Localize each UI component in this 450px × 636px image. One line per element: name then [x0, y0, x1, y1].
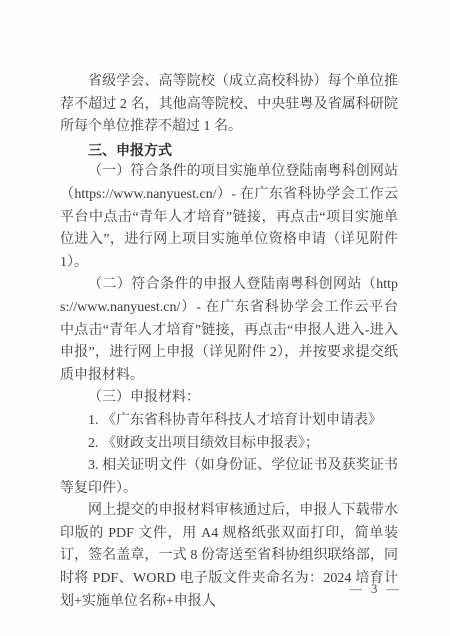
document-page: 省级学会、高等院校（成立高校科协）每个单位推荐不超过 2 名，其他高等院校、中央… [0, 0, 450, 636]
paragraph-item-3-application-materials: （三）申报材料： [60, 387, 398, 410]
paragraph-recommendation-limits: 省级学会、高等院校（成立高校科协）每个单位推荐不超过 2 名，其他高等院校、中央… [60, 71, 398, 139]
paragraph-submission-instructions: 网上提交的申报材料审核通过后，申报人下载带水印版的 PDF 文件，用 A4 规格… [60, 500, 398, 613]
paragraph-item-2-applicant-registration: （二）符合条件的申报人登陆南粤科创网站（https://www.nanyuest… [60, 274, 398, 387]
document-body: 省级学会、高等院校（成立高校科协）每个单位推荐不超过 2 名，其他高等院校、中央… [60, 71, 398, 613]
list-item-application-form: 1. 《广东省科协青年科技人才培育计划申请表》 [60, 410, 398, 433]
list-item-supporting-documents: 3. 相关证明文件（如身份证、学位证书及获奖证书等复印件）。 [60, 455, 398, 500]
page-number: — 3 — [350, 582, 403, 596]
paragraph-item-1-implementing-unit-registration: （一）符合条件的项目实施单位登陆南粤科创网站（https://www.nanyu… [60, 161, 398, 274]
section-heading-application-method: 三、申报方式 [60, 139, 398, 162]
list-item-performance-target-form: 2. 《财政支出项目绩效目标申报表》； [60, 433, 398, 456]
